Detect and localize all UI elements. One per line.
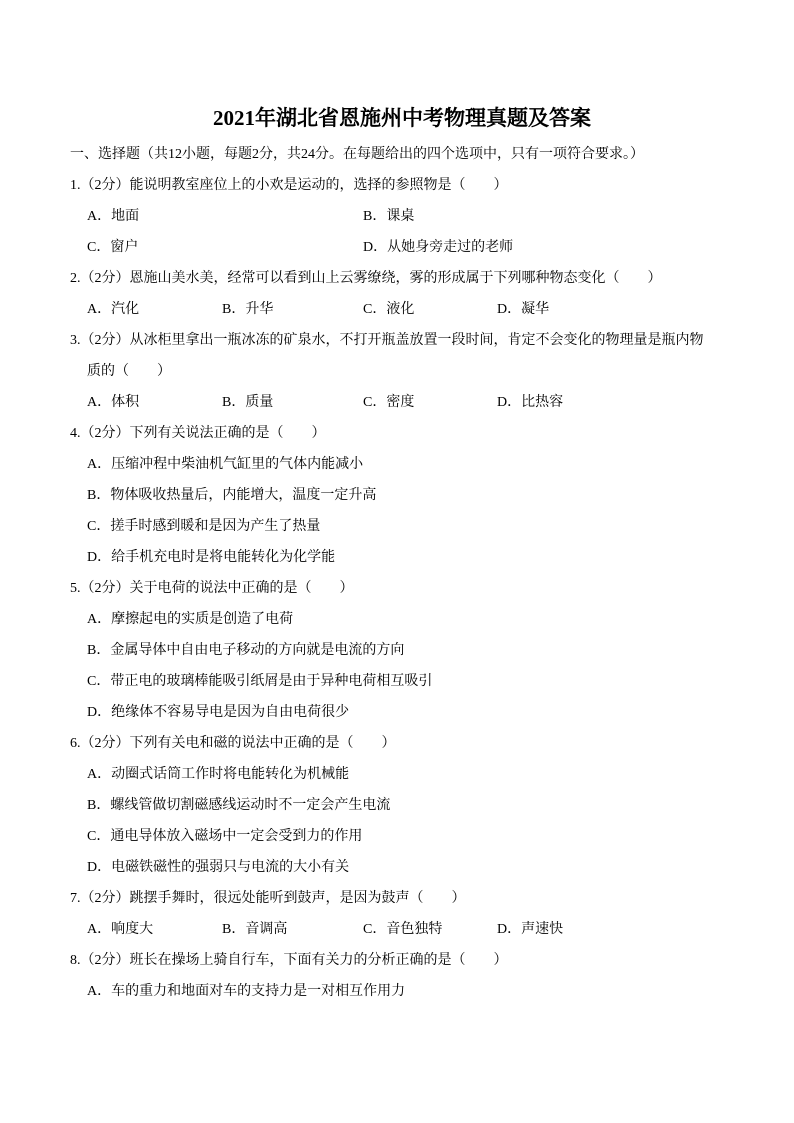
question-1-text: 1.（2分）能说明教室座位上的小欢是运动的，选择的参照物是（ ）	[70, 170, 734, 201]
question-8-option-a: A．车的重力和地面对车的支持力是一对相互作用力	[87, 976, 734, 1007]
question-6-option-a: A．动圈式话筒工作时将电能转化为机械能	[87, 759, 734, 790]
question-3-text-continued: 质的（ ）	[70, 356, 734, 387]
question-6: 6.（2分）下列有关电和磁的说法中正确的是（ ） A．动圈式话筒工作时将电能转化…	[70, 728, 734, 883]
question-4-text: 4.（2分）下列有关说法正确的是（ ）	[70, 418, 734, 449]
question-3-option-b: B．质量	[222, 387, 363, 418]
question-6-text: 6.（2分）下列有关电和磁的说法中正确的是（ ）	[70, 728, 734, 759]
doc-title: 2021年湖北省恩施州中考物理真题及答案	[70, 100, 734, 136]
question-5-option-d: D．绝缘体不容易导电是因为自由电荷很少	[87, 697, 734, 728]
question-2-option-d: D．凝华	[497, 294, 734, 325]
question-4: 4.（2分）下列有关说法正确的是（ ） A．压缩冲程中柴油机气缸里的气体内能减小…	[70, 418, 734, 573]
question-1-option-a: A．地面	[87, 201, 363, 232]
question-3: 3.（2分）从冰柜里拿出一瓶冰冻的矿泉水，不打开瓶盖放置一段时间，肯定不会变化的…	[70, 325, 734, 418]
question-7-option-a: A．响度大	[87, 914, 222, 945]
question-7: 7.（2分）跳摆手舞时，很远处能听到鼓声，是因为鼓声（ ） A．响度大 B．音调…	[70, 883, 734, 945]
question-1-option-b: B．课桌	[363, 201, 734, 232]
question-7-option-c: C．音色独特	[363, 914, 497, 945]
document-page: 2021年湖北省恩施州中考物理真题及答案 一、选择题（共12小题，每题2分，共2…	[0, 0, 794, 1123]
question-6-option-c: C．通电导体放入磁场中一定会受到力的作用	[87, 821, 734, 852]
question-7-option-d: D．声速快	[497, 914, 734, 945]
question-2-text: 2.（2分）恩施山美水美，经常可以看到山上云雾缭绕，雾的形成属于下列哪种物态变化…	[70, 263, 734, 294]
question-8-options: A．车的重力和地面对车的支持力是一对相互作用力	[70, 976, 734, 1007]
question-1: 1.（2分）能说明教室座位上的小欢是运动的，选择的参照物是（ ） A．地面 B．…	[70, 170, 734, 263]
question-4-options: A．压缩冲程中柴油机气缸里的气体内能减小 B．物体吸收热量后，内能增大，温度一定…	[70, 449, 734, 573]
question-1-option-c: C．窗户	[87, 232, 363, 263]
question-5-option-a: A．摩擦起电的实质是创造了电荷	[87, 604, 734, 635]
question-7-options: A．响度大 B．音调高 C．音色独特 D．声速快	[70, 914, 734, 945]
question-1-options: A．地面 B．课桌 C．窗户 D．从她身旁走过的老师	[70, 201, 734, 263]
question-8: 8.（2分）班长在操场上骑自行车，下面有关力的分析正确的是（ ） A．车的重力和…	[70, 945, 734, 1007]
question-6-option-b: B．螺线管做切割磁感线运动时不一定会产生电流	[87, 790, 734, 821]
question-6-option-d: D．电磁铁磁性的强弱只与电流的大小有关	[87, 852, 734, 883]
question-2-option-b: B．升华	[222, 294, 363, 325]
question-5-options: A．摩擦起电的实质是创造了电荷 B．金属导体中自由电子移动的方向就是电流的方向 …	[70, 604, 734, 728]
question-3-option-a: A．体积	[87, 387, 222, 418]
question-4-option-a: A．压缩冲程中柴油机气缸里的气体内能减小	[87, 449, 734, 480]
question-7-option-b: B．音调高	[222, 914, 363, 945]
question-8-text: 8.（2分）班长在操场上骑自行车，下面有关力的分析正确的是（ ）	[70, 945, 734, 976]
question-3-option-d: D．比热容	[497, 387, 734, 418]
question-4-option-b: B．物体吸收热量后，内能增大，温度一定升高	[87, 480, 734, 511]
question-4-option-d: D．给手机充电时是将电能转化为化学能	[87, 542, 734, 573]
question-5: 5.（2分）关于电荷的说法中正确的是（ ） A．摩擦起电的实质是创造了电荷 B．…	[70, 573, 734, 728]
question-2-option-c: C．液化	[363, 294, 497, 325]
question-2-options: A．汽化 B．升华 C．液化 D．凝华	[70, 294, 734, 325]
question-4-option-c: C．搓手时感到暖和是因为产生了热量	[87, 511, 734, 542]
question-7-text: 7.（2分）跳摆手舞时，很远处能听到鼓声，是因为鼓声（ ）	[70, 883, 734, 914]
question-5-text: 5.（2分）关于电荷的说法中正确的是（ ）	[70, 573, 734, 604]
section-header: 一、选择题（共12小题，每题2分，共24分。在每题给出的四个选项中，只有一项符合…	[70, 139, 734, 170]
question-6-options: A．动圈式话筒工作时将电能转化为机械能 B．螺线管做切割磁感线运动时不一定会产生…	[70, 759, 734, 883]
question-3-option-c: C．密度	[363, 387, 497, 418]
question-5-option-b: B．金属导体中自由电子移动的方向就是电流的方向	[87, 635, 734, 666]
question-3-options: A．体积 B．质量 C．密度 D．比热容	[70, 387, 734, 418]
question-3-text: 3.（2分）从冰柜里拿出一瓶冰冻的矿泉水，不打开瓶盖放置一段时间，肯定不会变化的…	[70, 325, 734, 356]
question-2-option-a: A．汽化	[87, 294, 222, 325]
question-2: 2.（2分）恩施山美水美，经常可以看到山上云雾缭绕，雾的形成属于下列哪种物态变化…	[70, 263, 734, 325]
question-5-option-c: C．带正电的玻璃棒能吸引纸屑是由于异种电荷相互吸引	[87, 666, 734, 697]
question-1-option-d: D．从她身旁走过的老师	[363, 232, 734, 263]
